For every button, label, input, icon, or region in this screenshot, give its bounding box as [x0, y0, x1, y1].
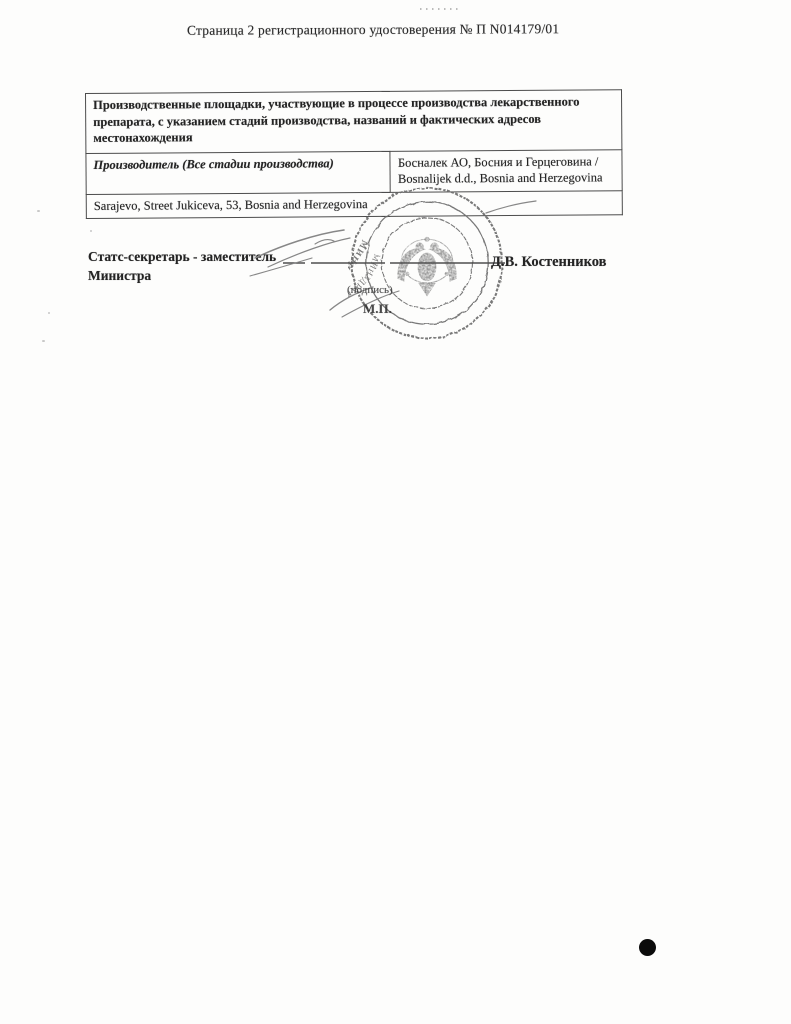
scan-speck	[42, 340, 45, 342]
producer-value-line1: Босналек АО, Босния и Герцеговина /	[398, 153, 615, 171]
scan-speck	[37, 210, 40, 212]
page-header: Страница 2 регистрационного удостоверени…	[187, 21, 559, 39]
scanned-certificate-page: Страница 2 регистрационного удостоверени…	[0, 0, 791, 1024]
signer-name: Д.В. Костенников	[491, 254, 607, 271]
podpis-label: (подпись)	[347, 284, 393, 296]
punch-hole-mark	[639, 939, 656, 956]
table-row: Производственные площадки, участвующие в…	[86, 90, 622, 153]
scan-noise-dots	[420, 8, 462, 10]
mp-seal-label: М.П.	[363, 301, 392, 317]
producer-label-cell: Производитель (Все стадии производства)	[86, 151, 391, 194]
table-header-cell: Производственные площадки, участвующие в…	[86, 90, 622, 153]
scan-speck	[90, 230, 92, 232]
scan-speck	[48, 312, 50, 314]
